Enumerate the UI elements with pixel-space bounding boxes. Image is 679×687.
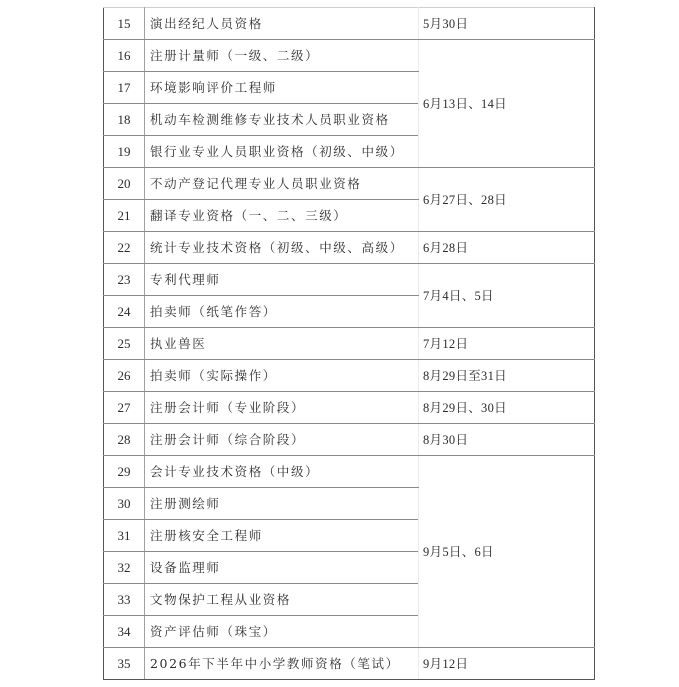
row-number: 32 (104, 552, 145, 584)
exam-name: 机动车检测维修专业技术人员职业资格 (145, 104, 419, 136)
exam-name: 执业兽医 (145, 328, 419, 360)
table-row: 20 不动产登记代理专业人员职业资格 6月27日、28日 (104, 168, 595, 200)
row-number: 21 (104, 200, 145, 232)
exam-name: 翻译专业资格（一、二、三级） (145, 200, 419, 232)
row-number: 20 (104, 168, 145, 200)
row-number: 23 (104, 264, 145, 296)
row-number: 26 (104, 360, 145, 392)
exam-schedule-table: 15 演出经纪人员资格 5月30日 16 注册计量师（一级、二级） 6月13日、… (103, 7, 595, 680)
table-row: 16 注册计量师（一级、二级） 6月13日、14日 (104, 40, 595, 72)
row-number: 30 (104, 488, 145, 520)
row-number: 15 (104, 8, 145, 40)
table-row: 22 统计专业技术资格（初级、中级、高级） 6月28日 (104, 232, 595, 264)
row-number: 18 (104, 104, 145, 136)
exam-name: 不动产登记代理专业人员职业资格 (145, 168, 419, 200)
exam-name: 注册计量师（一级、二级） (145, 40, 419, 72)
exam-date: 7月12日 (419, 328, 595, 360)
exam-name: 拍卖师（纸笔作答） (145, 296, 419, 328)
exam-name: 银行业专业人员职业资格（初级、中级） (145, 136, 419, 168)
exam-name: 文物保护工程从业资格 (145, 584, 419, 616)
row-number: 16 (104, 40, 145, 72)
exam-name: 专利代理师 (145, 264, 419, 296)
exam-name: 统计专业技术资格（初级、中级、高级） (145, 232, 419, 264)
exam-name: 注册会计师（专业阶段） (145, 392, 419, 424)
exam-date: 9月5日、6日 (419, 456, 595, 648)
exam-date: 6月27日、28日 (419, 168, 595, 232)
row-number: 19 (104, 136, 145, 168)
row-number: 24 (104, 296, 145, 328)
exam-name: 注册核安全工程师 (145, 520, 419, 552)
exam-date: 8月29日、30日 (419, 392, 595, 424)
exam-date: 8月29日至31日 (419, 360, 595, 392)
row-number: 25 (104, 328, 145, 360)
table-row: 15 演出经纪人员资格 5月30日 (104, 8, 595, 40)
row-number: 28 (104, 424, 145, 456)
table-row: 23 专利代理师 7月4日、5日 (104, 264, 595, 296)
exam-date: 8月30日 (419, 424, 595, 456)
exam-date: 5月30日 (419, 8, 595, 40)
exam-date: 6月28日 (419, 232, 595, 264)
exam-date: 6月13日、14日 (419, 40, 595, 168)
table-row: 29 会计专业技术资格（中级） 9月5日、6日 (104, 456, 595, 488)
row-number: 29 (104, 456, 145, 488)
row-number: 33 (104, 584, 145, 616)
table-row: 25 执业兽医 7月12日 (104, 328, 595, 360)
row-number: 34 (104, 616, 145, 648)
row-number: 22 (104, 232, 145, 264)
table-row: 27 注册会计师（专业阶段） 8月29日、30日 (104, 392, 595, 424)
table-row: 26 拍卖师（实际操作） 8月29日至31日 (104, 360, 595, 392)
row-number: 31 (104, 520, 145, 552)
row-number: 27 (104, 392, 145, 424)
exam-name: 设备监理师 (145, 552, 419, 584)
exam-name: 资产评估师（珠宝） (145, 616, 419, 648)
exam-name: 注册会计师（综合阶段） (145, 424, 419, 456)
exam-name: 2026年下半年中小学教师资格（笔试） (145, 648, 419, 680)
row-number: 35 (104, 648, 145, 680)
table-row: 35 2026年下半年中小学教师资格（笔试） 9月12日 (104, 648, 595, 680)
document-page: 15 演出经纪人员资格 5月30日 16 注册计量师（一级、二级） 6月13日、… (103, 7, 594, 680)
exam-date: 7月4日、5日 (419, 264, 595, 328)
exam-name: 拍卖师（实际操作） (145, 360, 419, 392)
exam-name: 会计专业技术资格（中级） (145, 456, 419, 488)
table-row: 28 注册会计师（综合阶段） 8月30日 (104, 424, 595, 456)
exam-name: 环境影响评价工程师 (145, 72, 419, 104)
exam-name: 演出经纪人员资格 (145, 8, 419, 40)
row-number: 17 (104, 72, 145, 104)
exam-name: 注册测绘师 (145, 488, 419, 520)
exam-date: 9月12日 (419, 648, 595, 680)
